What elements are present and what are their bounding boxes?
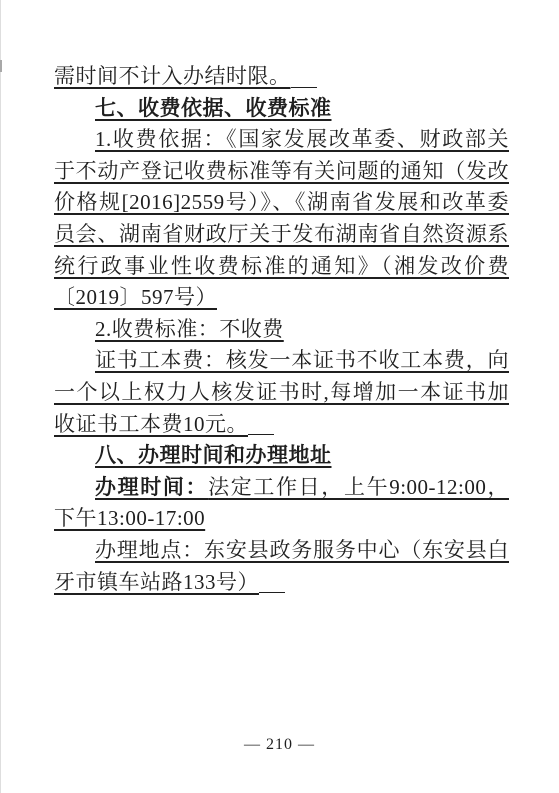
document-page: 需时间不计入办结时限。 七、收费依据、收费标准 1.收费依据：《国家发展改革委、… [0,0,559,793]
section-8-heading: 八、办理时间和办理地址 [54,440,509,472]
office-hours-paragraph: 办理时间：法定工作日，上午9:00-12:00，下午13:00-17:00 [54,472,509,535]
scan-edge-artifact [0,0,1,793]
scan-mark-artifact [0,60,2,72]
office-hours-label: 办理时间： [95,476,208,499]
office-location-paragraph: 办理地点：东安县政务服务中心（东安县白牙市镇车站路133号） [54,535,509,598]
section-7-heading: 七、收费依据、收费标准 [54,93,509,125]
continuation-line: 需时间不计入办结时限。 [54,61,509,93]
document-body: 需时间不计入办结时限。 七、收费依据、收费标准 1.收费依据：《国家发展改革委、… [54,61,509,598]
fee-basis-paragraph: 1.收费依据：《国家发展改革委、财政部关于不动产登记收费标准等有关问题的通知（发… [54,124,509,314]
fee-standard-line: 2.收费标准：不收费 [54,314,509,346]
page-footer: — 210 — [0,736,559,754]
certificate-fee-paragraph: 证书工本费：核发一本证书不收工本费，向一个以上权力人核发证书时,每增加一本证书加… [54,345,509,440]
page-number: — 210 — [244,736,315,753]
